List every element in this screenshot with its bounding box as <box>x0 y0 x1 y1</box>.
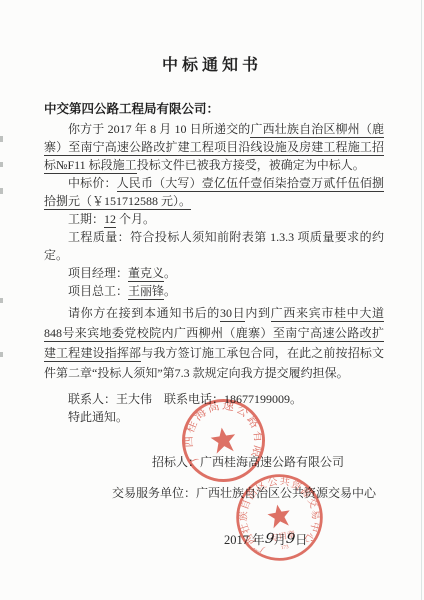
paragraph-price: 中标价：人民币（大写）壹亿伍仟壹佰柒拾壹万贰仟伍佰捌拾捌元（￥151712588… <box>44 174 384 210</box>
scan-artifact <box>0 298 3 303</box>
paragraph-project-manager: 项目经理：董克义。 <box>44 264 384 282</box>
scanned-document-page: 中标通知书 中交第四公路工程局有限公司： 你方于 2017 年 8 月 10 日… <box>0 0 424 600</box>
seal-star-icon <box>209 426 237 454</box>
scan-artifact <box>0 188 3 194</box>
scan-artifact <box>0 162 3 167</box>
duration-underlined: 12 <box>104 212 116 228</box>
paragraph-contract-signing: 请你方在接到本通知书后的30日内到广西来宾市桂中大道848号来宾地委党校院内广西… <box>44 303 384 383</box>
scan-artifact <box>0 352 3 357</box>
seal-star-icon <box>266 503 292 529</box>
seal-inner-label: 专用章 <box>270 529 296 543</box>
engineer-name-underlined: 王丽锋 <box>128 284 164 300</box>
document-title: 中标通知书 <box>0 52 424 75</box>
paragraph-award: 你方于 2017 年 8 月 10 日所递交的广西壮族自治区柳州（鹿寨）至南宁高… <box>44 120 384 174</box>
document-body: 中交第四公路工程局有限公司： 你方于 2017 年 8 月 10 日所递交的广西… <box>44 100 384 426</box>
paragraph-duration: 工期：12 个月。 <box>44 210 384 228</box>
trading-center-seal: 广西壮族自治区公共资源交易中心 专用章 173 <box>226 464 334 572</box>
seal-serial-number: 173 <box>281 544 290 551</box>
paragraph-chief-engineer: 项目总工：王丽锋。 <box>44 282 384 300</box>
manager-name-underlined: 董克义 <box>128 266 164 282</box>
paragraph-quality: 工程质量：符合投标人须知前附表第 1.3.3 项质量要求的约定。 <box>44 228 384 264</box>
days-underlined: 30日 <box>220 306 245 322</box>
scan-artifact <box>0 136 3 142</box>
addressee-company: 中交第四公路工程局有限公司： <box>44 100 384 118</box>
page-edge-shadow <box>421 0 422 600</box>
